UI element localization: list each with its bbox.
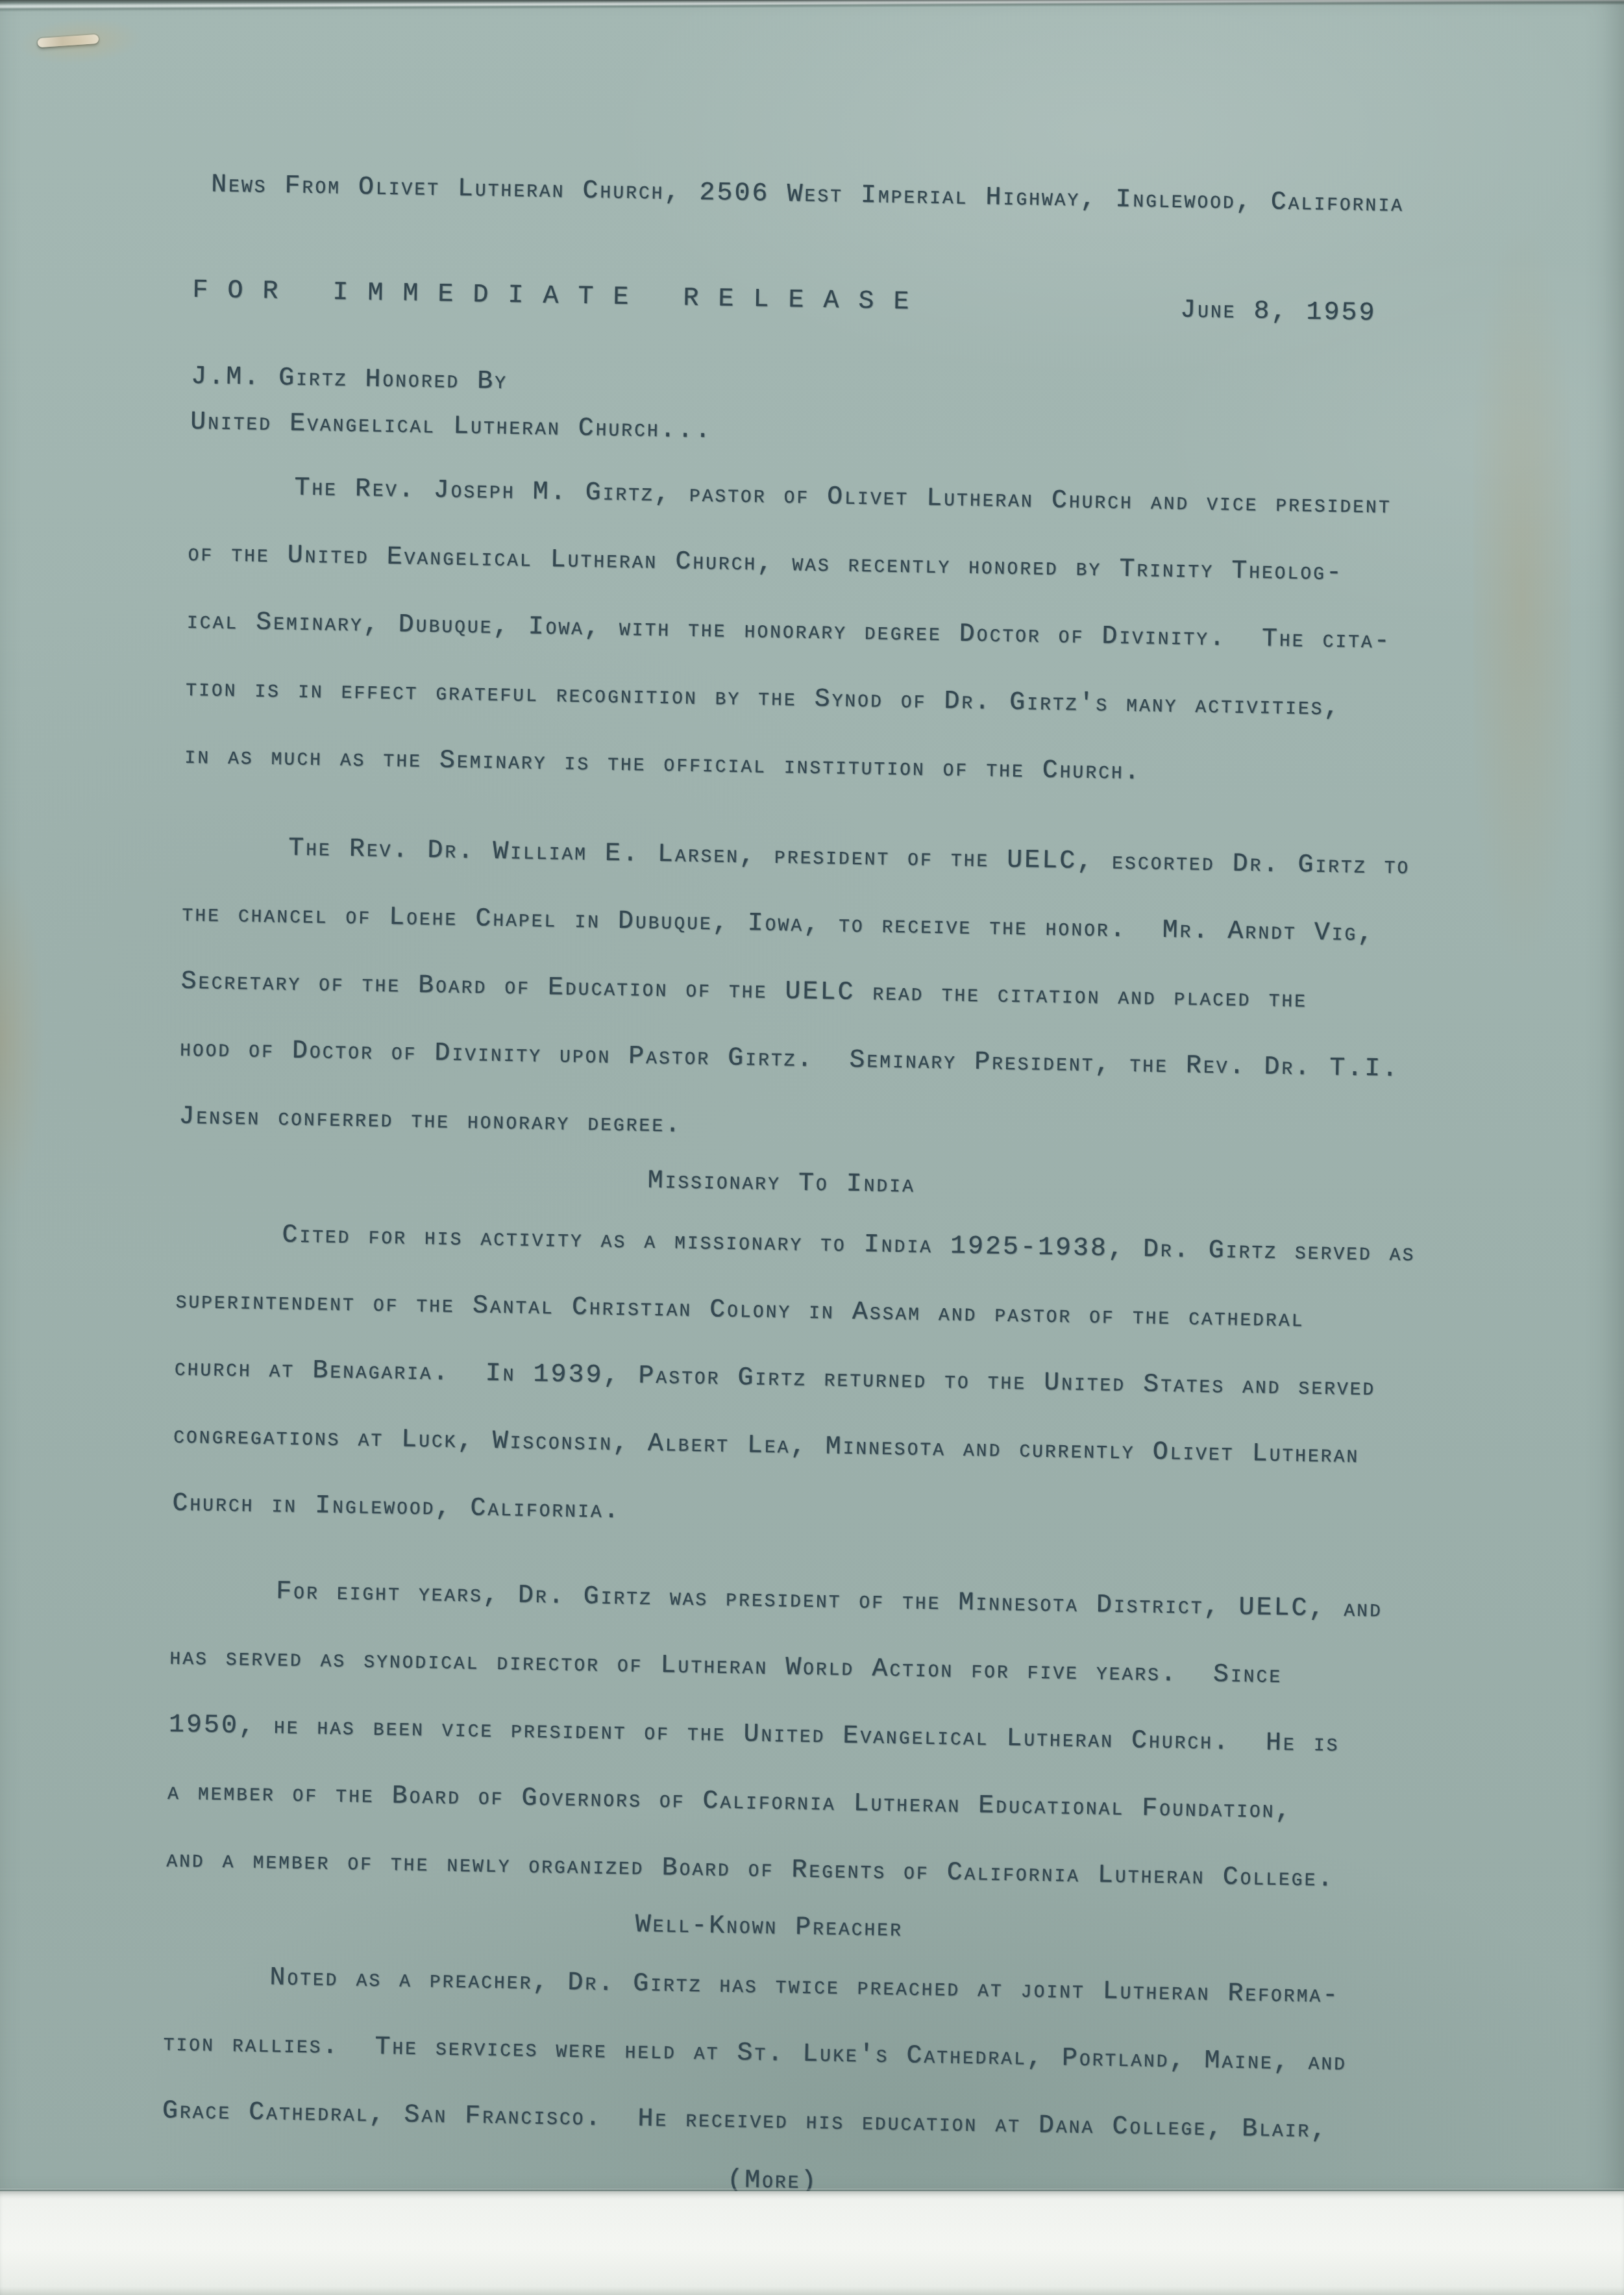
paper-sheet: News From Olivet Lutheran Church, 2506 W… xyxy=(0,0,1624,2191)
para-block: The Rev. Joseph M. Girtz, pastor of Oliv… xyxy=(184,453,1546,813)
release-block: F O R I M M E D I A T E R E L E A S EJun… xyxy=(192,256,1549,347)
header-block: News From Olivet Lutheran Church, 2506 W… xyxy=(193,151,1551,241)
header-line: News From Olivet Lutheran Church, 2506 W… xyxy=(193,151,1551,241)
headline-block: J.M. Girtz Honored ByUnited Evangelical … xyxy=(190,354,1547,467)
staple-mark xyxy=(38,34,99,48)
fold-crease xyxy=(0,0,1624,10)
release-date: June 8, 1959 xyxy=(1180,296,1377,329)
scanner-background xyxy=(0,2191,1624,2295)
fold-crease xyxy=(0,0,1624,11)
para-block: The Rev. Dr. William E. Larsen, presiden… xyxy=(178,813,1540,1173)
typewritten-text: News From Olivet Lutheran Church, 2506 W… xyxy=(161,151,1551,2227)
para-block: Cited for his activity as a missionary t… xyxy=(172,1200,1534,1560)
release-line: F O R I M M E D I A T E R E L E A S EJun… xyxy=(192,256,1549,347)
scanned-document: News From Olivet Lutheran Church, 2506 W… xyxy=(0,0,1624,2295)
stain-left xyxy=(0,863,52,1214)
fold-crease xyxy=(0,0,1624,12)
for-immediate-release-text: F O R I M M E D I A T E R E L E A S E xyxy=(192,275,911,316)
para-block: For eight years, Dr. Girtz was president… xyxy=(166,1556,1527,1917)
para-block: Noted as a preacher, Dr. Girtz has twice… xyxy=(162,1942,1521,2168)
